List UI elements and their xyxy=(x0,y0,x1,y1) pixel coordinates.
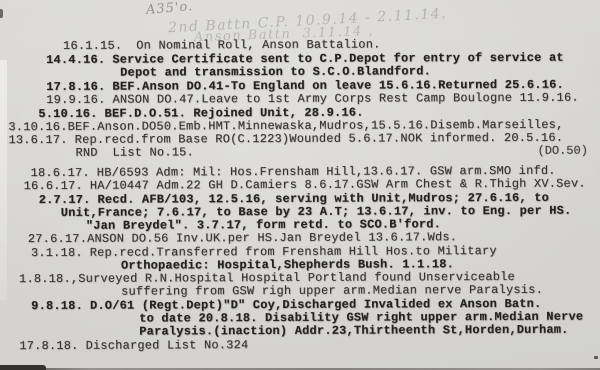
record-date: 27.6.17. xyxy=(28,233,87,246)
record-text: Paralysis.(inaction) Addr.23,Thirtheenth… xyxy=(139,324,568,339)
record-date: 13.6.17. xyxy=(8,134,67,147)
record-row: 17.8.18.Discharged List No.324 xyxy=(19,339,248,353)
record-row-continuation: RND List No.15. xyxy=(75,146,193,160)
record-text: Depot and transmission to S.C.O.Blandfor… xyxy=(120,65,431,79)
scan-speck-top-left xyxy=(0,9,3,18)
record-row-continuation: Paralysis.(inaction) Addr.23,Thirtheenth… xyxy=(139,324,568,339)
record-date: 17.8.18. xyxy=(19,340,78,353)
record-row-continuation: Depot and transmission to S.C.O.Blandfor… xyxy=(120,65,431,79)
record-text: On Nominal Roll, Anson Battalion. xyxy=(136,39,380,53)
scan-speck-right xyxy=(594,356,598,359)
record-row: 19.9.16.ANSON DO.47.Leave to 1st Army Co… xyxy=(46,92,579,107)
record-text: ANSON DO.47.Leave to 1st Army Corps Rest… xyxy=(112,92,578,107)
record-date: 19.9.16. xyxy=(46,94,105,107)
scan-bottom-left-shadow xyxy=(0,365,46,370)
record-date: 3.1.18. xyxy=(31,247,83,260)
record-date: 16.6.17. xyxy=(24,180,83,193)
record-date: 14.4.16. xyxy=(46,54,105,67)
service-record-card: A35'o. 2nd Battn C.P. 10.9.14 - 2.11.14.… xyxy=(0,0,600,370)
record-date: 1.8.18., xyxy=(19,273,78,286)
record-date: 16.1.15. xyxy=(63,40,122,53)
record-date: 9.8.18. xyxy=(31,300,83,313)
scan-left-edge-highlight xyxy=(0,60,7,300)
typed-record-block: 16.1.15.On Nominal Roll, Anson Battalion… xyxy=(0,0,600,370)
do50-reference-note: (DO.50) xyxy=(537,144,587,158)
record-text: Discharged List No.324 xyxy=(86,339,249,353)
record-text: RND List No.15. xyxy=(75,146,193,160)
